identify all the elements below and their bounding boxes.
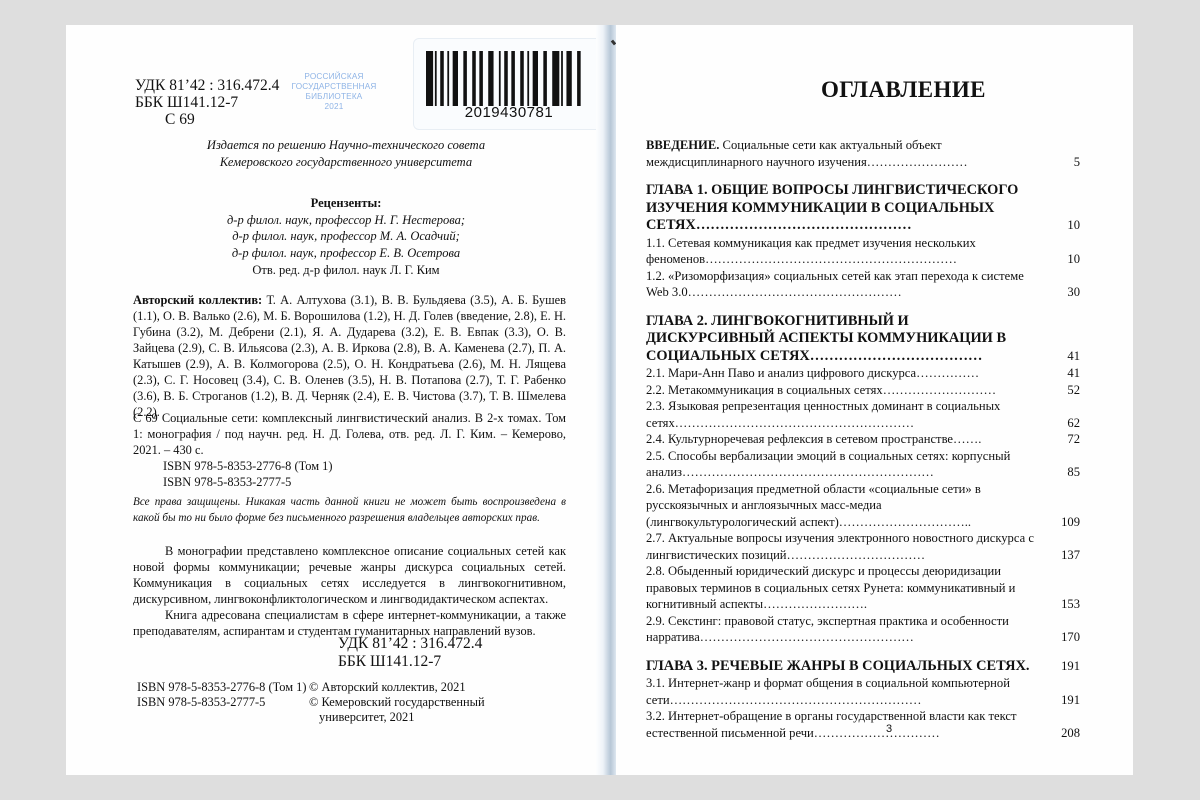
toc-section: 2.6. Метафоризация предметной области «с…: [646, 481, 1076, 531]
authors-heading: Авторский коллектив:: [133, 293, 262, 307]
copyright-line: университет, 2021: [309, 710, 485, 725]
reviewers-heading: Рецензенты:: [126, 195, 566, 212]
copyright-line: © Авторский коллектив, 2021: [309, 680, 485, 695]
toc-entry-title: ГЛАВА 1. ОБЩИЕ ВОПРОСЫ ЛИНГВИСТИЧЕСКОГО …: [646, 182, 1034, 235]
copyright-block: © Авторский коллектив, 2021 © Кемеровски…: [309, 680, 485, 725]
toc-entry-text: 2.2. Метакоммуникация в социальных сетях…: [646, 383, 996, 397]
toc-gap: [646, 646, 1076, 658]
toc-entry-text: 2.6. Метафоризация предметной области «с…: [646, 482, 981, 529]
page-number: 3: [886, 723, 892, 735]
toc-section: 2.2. Метакоммуникация в социальных сетях…: [646, 382, 1076, 399]
toc-gap: [646, 170, 1076, 182]
stamp-line: РОССИЙСКАЯ: [284, 72, 384, 82]
toc-entry-text: 1.1. Сетевая коммуникация как предмет из…: [646, 236, 976, 267]
toc-entry-text: ГЛАВА 1. ОБЩИЕ ВОПРОСЫ ЛИНГВИСТИЧЕСКОГО …: [646, 182, 1018, 233]
toc-section: 3.2. Интернет-обращение в органы государ…: [646, 708, 1076, 741]
toc-page-number: 72: [1067, 431, 1080, 448]
rights-notice: Все права защищены. Никакая часть данной…: [133, 494, 566, 526]
toc-page-number: 10: [1067, 251, 1080, 268]
toc-intro: ВВЕДЕНИЕ. Социальные сети как актуальный…: [646, 137, 1076, 170]
classification-bottom: УДК 81’42 : 316.472.4 ББК Ш141.12-7: [338, 635, 482, 671]
toc-entry-text: 2.9. Секстинг: правовой статус, экспертн…: [646, 614, 1009, 645]
toc-section: 1.2. «Ризоморфизация» социальных сетей к…: [646, 268, 1076, 301]
toc-entry-title: 2.3. Языковая репрезентация ценностных д…: [646, 398, 1034, 431]
toc-page-number: 52: [1067, 382, 1080, 399]
isbn-line: ISBN 978-5-8353-2777-5: [137, 695, 306, 710]
udk-code: УДК 81’42 : 316.472.4: [135, 77, 279, 94]
bbk-code-bottom: ББК Ш141.12-7: [338, 653, 482, 671]
toc-section: 2.9. Секстинг: правовой статус, экспертн…: [646, 613, 1076, 646]
stamp-line: БИБЛИОТЕКА: [284, 92, 384, 102]
isbn-line: ISBN 978-5-8353-2776-8 (Том 1): [137, 680, 306, 695]
toc-entry-title: 2.6. Метафоризация предметной области «с…: [646, 481, 1034, 531]
publisher-note: Издается по решению Научно-технического …: [126, 137, 566, 171]
toc-page-number: 62: [1067, 415, 1080, 432]
reviewer: д-р филол. наук, профессор Е. В. Осетров…: [126, 245, 566, 262]
toc-gap: [646, 301, 1076, 313]
authors-list: Т. А. Алтухова (3.1), В. В. Бульдяева (3…: [133, 293, 566, 419]
toc-entry-title: ГЛАВА 2. ЛИНГВОКОГНИТИВНЫЙ И ДИСКУРСИВНЫ…: [646, 313, 1034, 366]
toc-page-number: 10: [1067, 217, 1080, 235]
bibliographic-record-block: С 69 Социальные сети: комплексный лингви…: [133, 410, 566, 490]
toc-entry-title: ВВЕДЕНИЕ. Социальные сети как актуальный…: [646, 137, 1034, 170]
toc-entry-text: 2.4. Культурноречевая рефлексия в сетево…: [646, 432, 981, 446]
toc-page-number: 137: [1061, 547, 1080, 564]
toc-chapter: ГЛАВА 3. РЕЧЕВЫЕ ЖАНРЫ В СОЦИАЛЬНЫХ СЕТЯ…: [646, 658, 1076, 676]
isbn-bottom: ISBN 978-5-8353-2776-8 (Том 1) ISBN 978-…: [137, 680, 306, 710]
udk-code-bottom: УДК 81’42 : 316.472.4: [338, 635, 482, 653]
toc-entry-label: ВВЕДЕНИЕ.: [646, 138, 719, 152]
reviewer: д-р филол. наук, профессор Н. Г. Нестеро…: [126, 212, 566, 229]
toc-entry-title: 3.2. Интернет-обращение в органы государ…: [646, 708, 1034, 741]
book-spread: УДК 81’42 : 316.472.4 ББК Ш141.12-7 С 69…: [66, 25, 1133, 775]
toc-page-number: 208: [1061, 725, 1080, 742]
author-mark: С 69: [135, 111, 279, 128]
toc-section: 2.1. Мари-Анн Паво и анализ цифрового ди…: [646, 365, 1076, 382]
toc-entry-text: 3.2. Интернет-обращение в органы государ…: [646, 709, 1017, 740]
toc-entry-text: 2.8. Обыденный юридический дискурс и про…: [646, 564, 1015, 611]
authors-block: Авторский коллектив: Т. А. Алтухова (3.1…: [133, 292, 566, 420]
barcode-number: 2019430781: [414, 104, 604, 121]
toc-entry-text: 2.1. Мари-Анн Паво и анализ цифрового ди…: [646, 366, 979, 380]
toc-page-number: 153: [1061, 596, 1080, 613]
toc-entry-text: ГЛАВА 3. РЕЧЕВЫЕ ЖАНРЫ В СОЦИАЛЬНЫХ СЕТЯ…: [646, 658, 1030, 674]
toc-page-number: 5: [1074, 154, 1080, 171]
bbk-code: ББК Ш141.12-7: [135, 94, 279, 111]
toc-entry-title: 2.2. Метакоммуникация в социальных сетях…: [646, 382, 1034, 399]
publisher-note-line: Издается по решению Научно-технического …: [126, 137, 566, 154]
toc-entry-text: 3.1. Интернет-жанр и формат общения в со…: [646, 676, 1010, 707]
toc-page-number: 85: [1067, 464, 1080, 481]
toc-section: 1.1. Сетевая коммуникация как предмет из…: [646, 235, 1076, 268]
toc-page-number: 41: [1067, 348, 1080, 366]
toc-entry-title: 2.1. Мари-Анн Паво и анализ цифрового ди…: [646, 365, 1034, 382]
toc-entry-text: 1.2. «Ризоморфизация» социальных сетей к…: [646, 269, 1024, 300]
toc-entry-text: 2.3. Языковая репрезентация ценностных д…: [646, 399, 1000, 430]
reviewers-block: Рецензенты: д-р филол. наук, профессор Н…: [126, 195, 566, 261]
annotation-paragraph: В монографии представлено комплексное оп…: [133, 543, 566, 607]
toc-entry-title: 2.7. Актуальные вопросы изучения электро…: [646, 530, 1034, 563]
toc-section: 2.7. Актуальные вопросы изучения электро…: [646, 530, 1076, 563]
bibliographic-record: С 69 Социальные сети: комплексный лингви…: [133, 410, 566, 458]
toc-entry-title: 2.8. Обыденный юридический дискурс и про…: [646, 563, 1034, 613]
isbn-volume: ISBN 978-5-8353-2776-8 (Том 1): [133, 458, 566, 474]
classification-block: УДК 81’42 : 316.472.4 ББК Ш141.12-7 С 69: [135, 77, 279, 128]
toc-chapter: ГЛАВА 1. ОБЩИЕ ВОПРОСЫ ЛИНГВИСТИЧЕСКОГО …: [646, 182, 1076, 235]
toc-entry-title: ГЛАВА 3. РЕЧЕВЫЕ ЖАНРЫ В СОЦИАЛЬНЫХ СЕТЯ…: [646, 658, 1034, 676]
copyright-line: © Кемеровский государственный: [309, 695, 485, 710]
toc-section: 2.5. Способы вербализации эмоций в социа…: [646, 448, 1076, 481]
toc-section: 2.3. Языковая репрезентация ценностных д…: [646, 398, 1076, 431]
toc-entry-title: 2.5. Способы вербализации эмоций в социа…: [646, 448, 1034, 481]
stamp-line: ГОСУДАРСТВЕННАЯ: [284, 82, 384, 92]
right-page-contents: ОГЛАВЛЕНИЕ ВВЕДЕНИЕ. Социальные сети как…: [616, 25, 1133, 775]
toc-page-number: 30: [1067, 284, 1080, 301]
left-page-imprint: УДК 81’42 : 316.472.4 ББК Ш141.12-7 С 69…: [66, 25, 606, 775]
toc-entry-title: 2.4. Культурноречевая рефлексия в сетево…: [646, 431, 1034, 448]
toc-entry-title: 1.1. Сетевая коммуникация как предмет из…: [646, 235, 1034, 268]
toc-page-number: 191: [1061, 658, 1080, 676]
barcode-icon: [426, 51, 586, 106]
toc-page-number: 191: [1061, 692, 1080, 709]
toc-entry-title: 3.1. Интернет-жанр и формат общения в со…: [646, 675, 1034, 708]
responsible-editor: Отв. ред. д-р филол. наук Л. Г. Ким: [126, 263, 566, 278]
isbn-set: ISBN 978-5-8353-2777-5: [133, 474, 566, 490]
toc-entry-text: 2.5. Способы вербализации эмоций в социа…: [646, 449, 1010, 480]
toc-title: ОГЛАВЛЕНИЕ: [821, 77, 1200, 103]
stamp-line: 2021: [284, 102, 384, 112]
toc-entry-text: 2.7. Актуальные вопросы изучения электро…: [646, 531, 1034, 562]
annotation: В монографии представлено комплексное оп…: [133, 543, 566, 639]
toc-entry-title: 1.2. «Ризоморфизация» социальных сетей к…: [646, 268, 1034, 301]
toc-section: 3.1. Интернет-жанр и формат общения в со…: [646, 675, 1076, 708]
toc-section: 2.8. Обыденный юридический дискурс и про…: [646, 563, 1076, 613]
toc-entry-text: ГЛАВА 2. ЛИНГВОКОГНИТИВНЫЙ И ДИСКУРСИВНЫ…: [646, 313, 1006, 364]
barcode-sticker: 2019430781: [413, 38, 605, 130]
toc-page-number: 41: [1067, 365, 1080, 382]
toc-chapter: ГЛАВА 2. ЛИНГВОКОГНИТИВНЫЙ И ДИСКУРСИВНЫ…: [646, 313, 1076, 366]
library-stamp: РОССИЙСКАЯ ГОСУДАРСТВЕННАЯ БИБЛИОТЕКА 20…: [284, 72, 384, 112]
table-of-contents: ВВЕДЕНИЕ. Социальные сети как актуальный…: [646, 137, 1076, 741]
toc-section: 2.4. Культурноречевая рефлексия в сетево…: [646, 431, 1076, 448]
publisher-note-line: Кемеровского государственного университе…: [126, 154, 566, 171]
reviewer: д-р филол. наук, профессор М. А. Осадчий…: [126, 228, 566, 245]
toc-page-number: 109: [1061, 514, 1080, 531]
toc-entry-title: 2.9. Секстинг: правовой статус, экспертн…: [646, 613, 1034, 646]
toc-page-number: 170: [1061, 629, 1080, 646]
